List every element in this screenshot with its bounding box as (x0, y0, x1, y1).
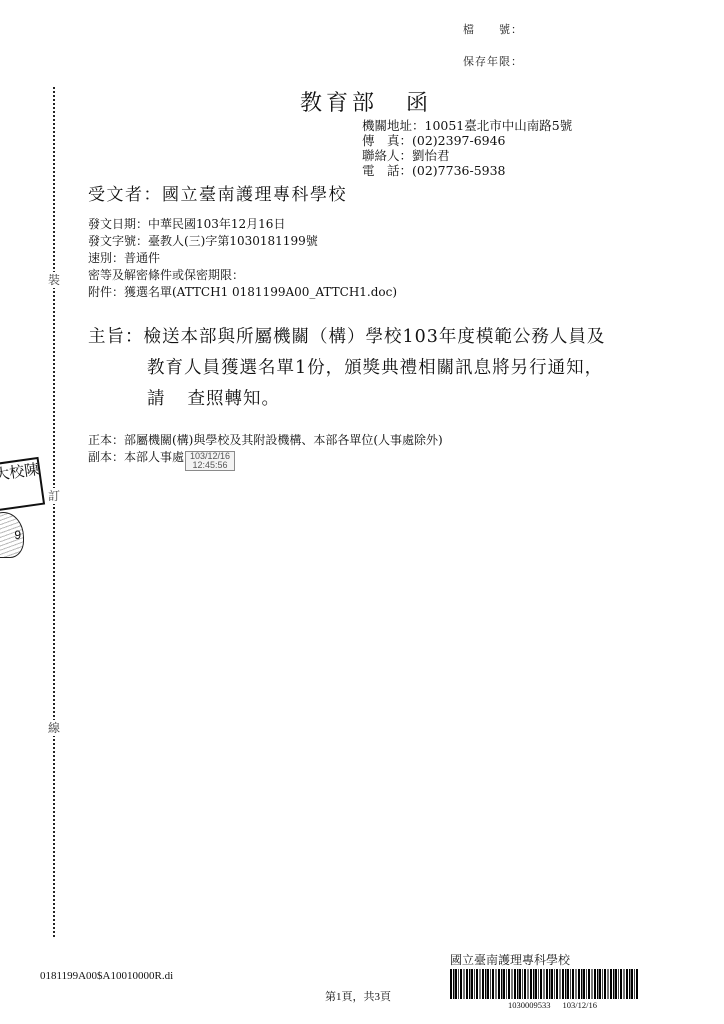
agency-contact: 聯絡人：劉怡君 (362, 148, 572, 163)
issue-date: 發文日期：中華民國103年12月16日 (88, 216, 397, 233)
document-title: 教育部函 (300, 86, 432, 117)
barcode-school-name: 國立臺南護理專科學校 (450, 953, 638, 967)
barcode-caption: 1030009533103/12/16 (450, 1000, 638, 1010)
binding-dotted-line (53, 87, 55, 937)
attachment-link[interactable]: 附件：獲選名單(ATTCH1 0181199A00_ATTCH1.doc) (88, 284, 397, 301)
agency-name: 教育部 (300, 91, 378, 116)
barcode-number: 1030009533 (508, 1000, 551, 1010)
delivery-speed: 速別：普通件 (88, 250, 397, 267)
footer-file-code: 0181199A00$A10010000R.di (40, 970, 173, 982)
seal-ornament: 9 (0, 512, 24, 558)
cc-label: 副本：本部人事處 (88, 450, 184, 464)
subject-line-3: 請查照轉知。 (88, 384, 605, 415)
cc-recipients: 副本：本部人事處103/12/1612:45:56 (88, 449, 443, 471)
subject-line-1: 主旨：檢送本部與所屬機關（構）學校103年度模範公務人員及 (88, 322, 605, 353)
barcode-date: 103/12/16 (563, 1000, 597, 1010)
security-level: 密等及解密條件或保密期限： (88, 267, 397, 284)
distribution-block: 正本：部屬機關(構)與學校及其附設機構、本部各單位(人事處除外) 副本：本部人事… (88, 432, 443, 471)
file-number-label: 檔 號： (463, 21, 523, 37)
page-indicator: 第1頁，共3頁 (325, 988, 391, 1004)
document-type: 函 (406, 91, 432, 116)
binding-char-line: 線 (46, 720, 62, 736)
official-seal: 大校陳謹章 (0, 457, 45, 511)
reference-number: 發文字號：臺教人(三)字第1030181199號 (88, 233, 397, 250)
electronic-exchange-stamp: 103/12/1612:45:56 (185, 451, 235, 471)
barcode-icon (450, 969, 638, 999)
subject-block: 主旨：檢送本部與所屬機關（構）學校103年度模範公務人員及 教育人員獲選名單1份… (88, 322, 605, 415)
subject-request: 查照轉知。 (188, 389, 281, 409)
retention-period-label: 保存年限： (463, 53, 523, 69)
agency-address: 機關地址：10051臺北市中山南路5號 (362, 118, 572, 133)
binding-char-bind: 裝 (46, 272, 62, 288)
stamp-time: 12:45:56 (193, 460, 228, 470)
binding-char-staple: 訂 (46, 488, 62, 504)
subject-please: 請 (147, 389, 166, 409)
document-fields: 發文日期：中華民國103年12月16日 發文字號：臺教人(三)字第1030181… (88, 216, 397, 301)
agency-info: 機關地址：10051臺北市中山南路5號 傳 真：(02)2397-6946 聯絡… (362, 118, 572, 178)
original-recipients: 正本：部屬機關(構)與學校及其附設機構、本部各單位(人事處除外) (88, 432, 443, 449)
barcode-block: 國立臺南護理專科學校 1030009533103/12/16 (450, 953, 638, 1010)
recipient: 受文者：國立臺南護理專科學校 (88, 180, 347, 205)
subject-line-2: 教育人員獲選名單1份，頒獎典禮相關訊息將另行通知， (88, 353, 605, 384)
agency-fax: 傳 真：(02)2397-6946 (362, 133, 572, 148)
agency-phone: 電 話：(02)7736-5938 (362, 163, 572, 178)
